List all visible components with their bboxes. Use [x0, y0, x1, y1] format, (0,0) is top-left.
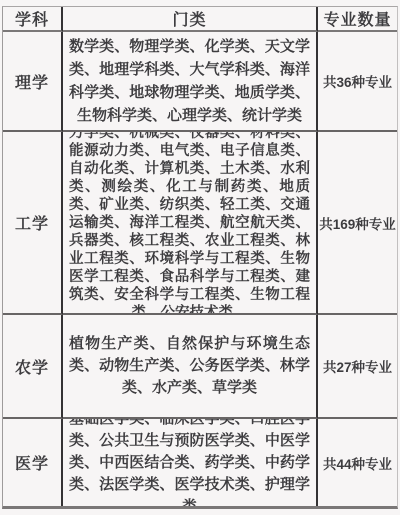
- row-engineering-categories: 力学类、机械类、仪器类、材料类、能源动力类、电气类、电子信息类、自动化类、计算机…: [63, 132, 318, 315]
- row-medicine-subject: 医学: [3, 419, 63, 506]
- row-engineering-count: 共169种专业: [318, 132, 397, 315]
- row-medicine-categories-text: 基础医学类、临床医学类、口腔医学类、公共卫生与预防医学类、中医学类、中西医结合类…: [69, 419, 310, 506]
- row-science-subject: 理学: [3, 32, 63, 132]
- row-agriculture-count: 共27种专业: [318, 315, 397, 419]
- header-subject: 学科: [3, 7, 63, 32]
- disciplines-table-page: 学科 门类 专业数量 理学 数学类、物理学类、化学类、天文学类、地理学科类、大气…: [0, 0, 400, 515]
- row-medicine-count: 共44种专业: [318, 419, 397, 506]
- row-science-count: 共36种专业: [318, 32, 397, 132]
- row-agriculture-categories: 植物生产类、自然保护与环境生态类、动物生产类、公务医学类、林学类、水产类、草学类: [63, 315, 318, 419]
- row-agriculture-subject: 农学: [3, 315, 63, 419]
- disciplines-table: 学科 门类 专业数量 理学 数学类、物理学类、化学类、天文学类、地理学科类、大气…: [2, 6, 398, 509]
- row-engineering-categories-text: 力学类、机械类、仪器类、材料类、能源动力类、电气类、电子信息类、自动化类、计算机…: [69, 132, 310, 315]
- row-engineering-subject: 工学: [3, 132, 63, 315]
- row-science-categories-text: 数学类、物理学类、化学类、天文学类、地理学科类、大气学科类、海洋科学类、地球物理…: [69, 35, 310, 127]
- header-count: 专业数量: [318, 7, 397, 32]
- row-science-categories: 数学类、物理学类、化学类、天文学类、地理学科类、大气学科类、海洋科学类、地球物理…: [63, 32, 318, 132]
- row-agriculture-categories-text: 植物生产类、自然保护与环境生态类、动物生产类、公务医学类、林学类、水产类、草学类: [69, 333, 310, 399]
- header-category: 门类: [63, 7, 318, 32]
- row-medicine-categories: 基础医学类、临床医学类、口腔医学类、公共卫生与预防医学类、中医学类、中西医结合类…: [63, 419, 318, 506]
